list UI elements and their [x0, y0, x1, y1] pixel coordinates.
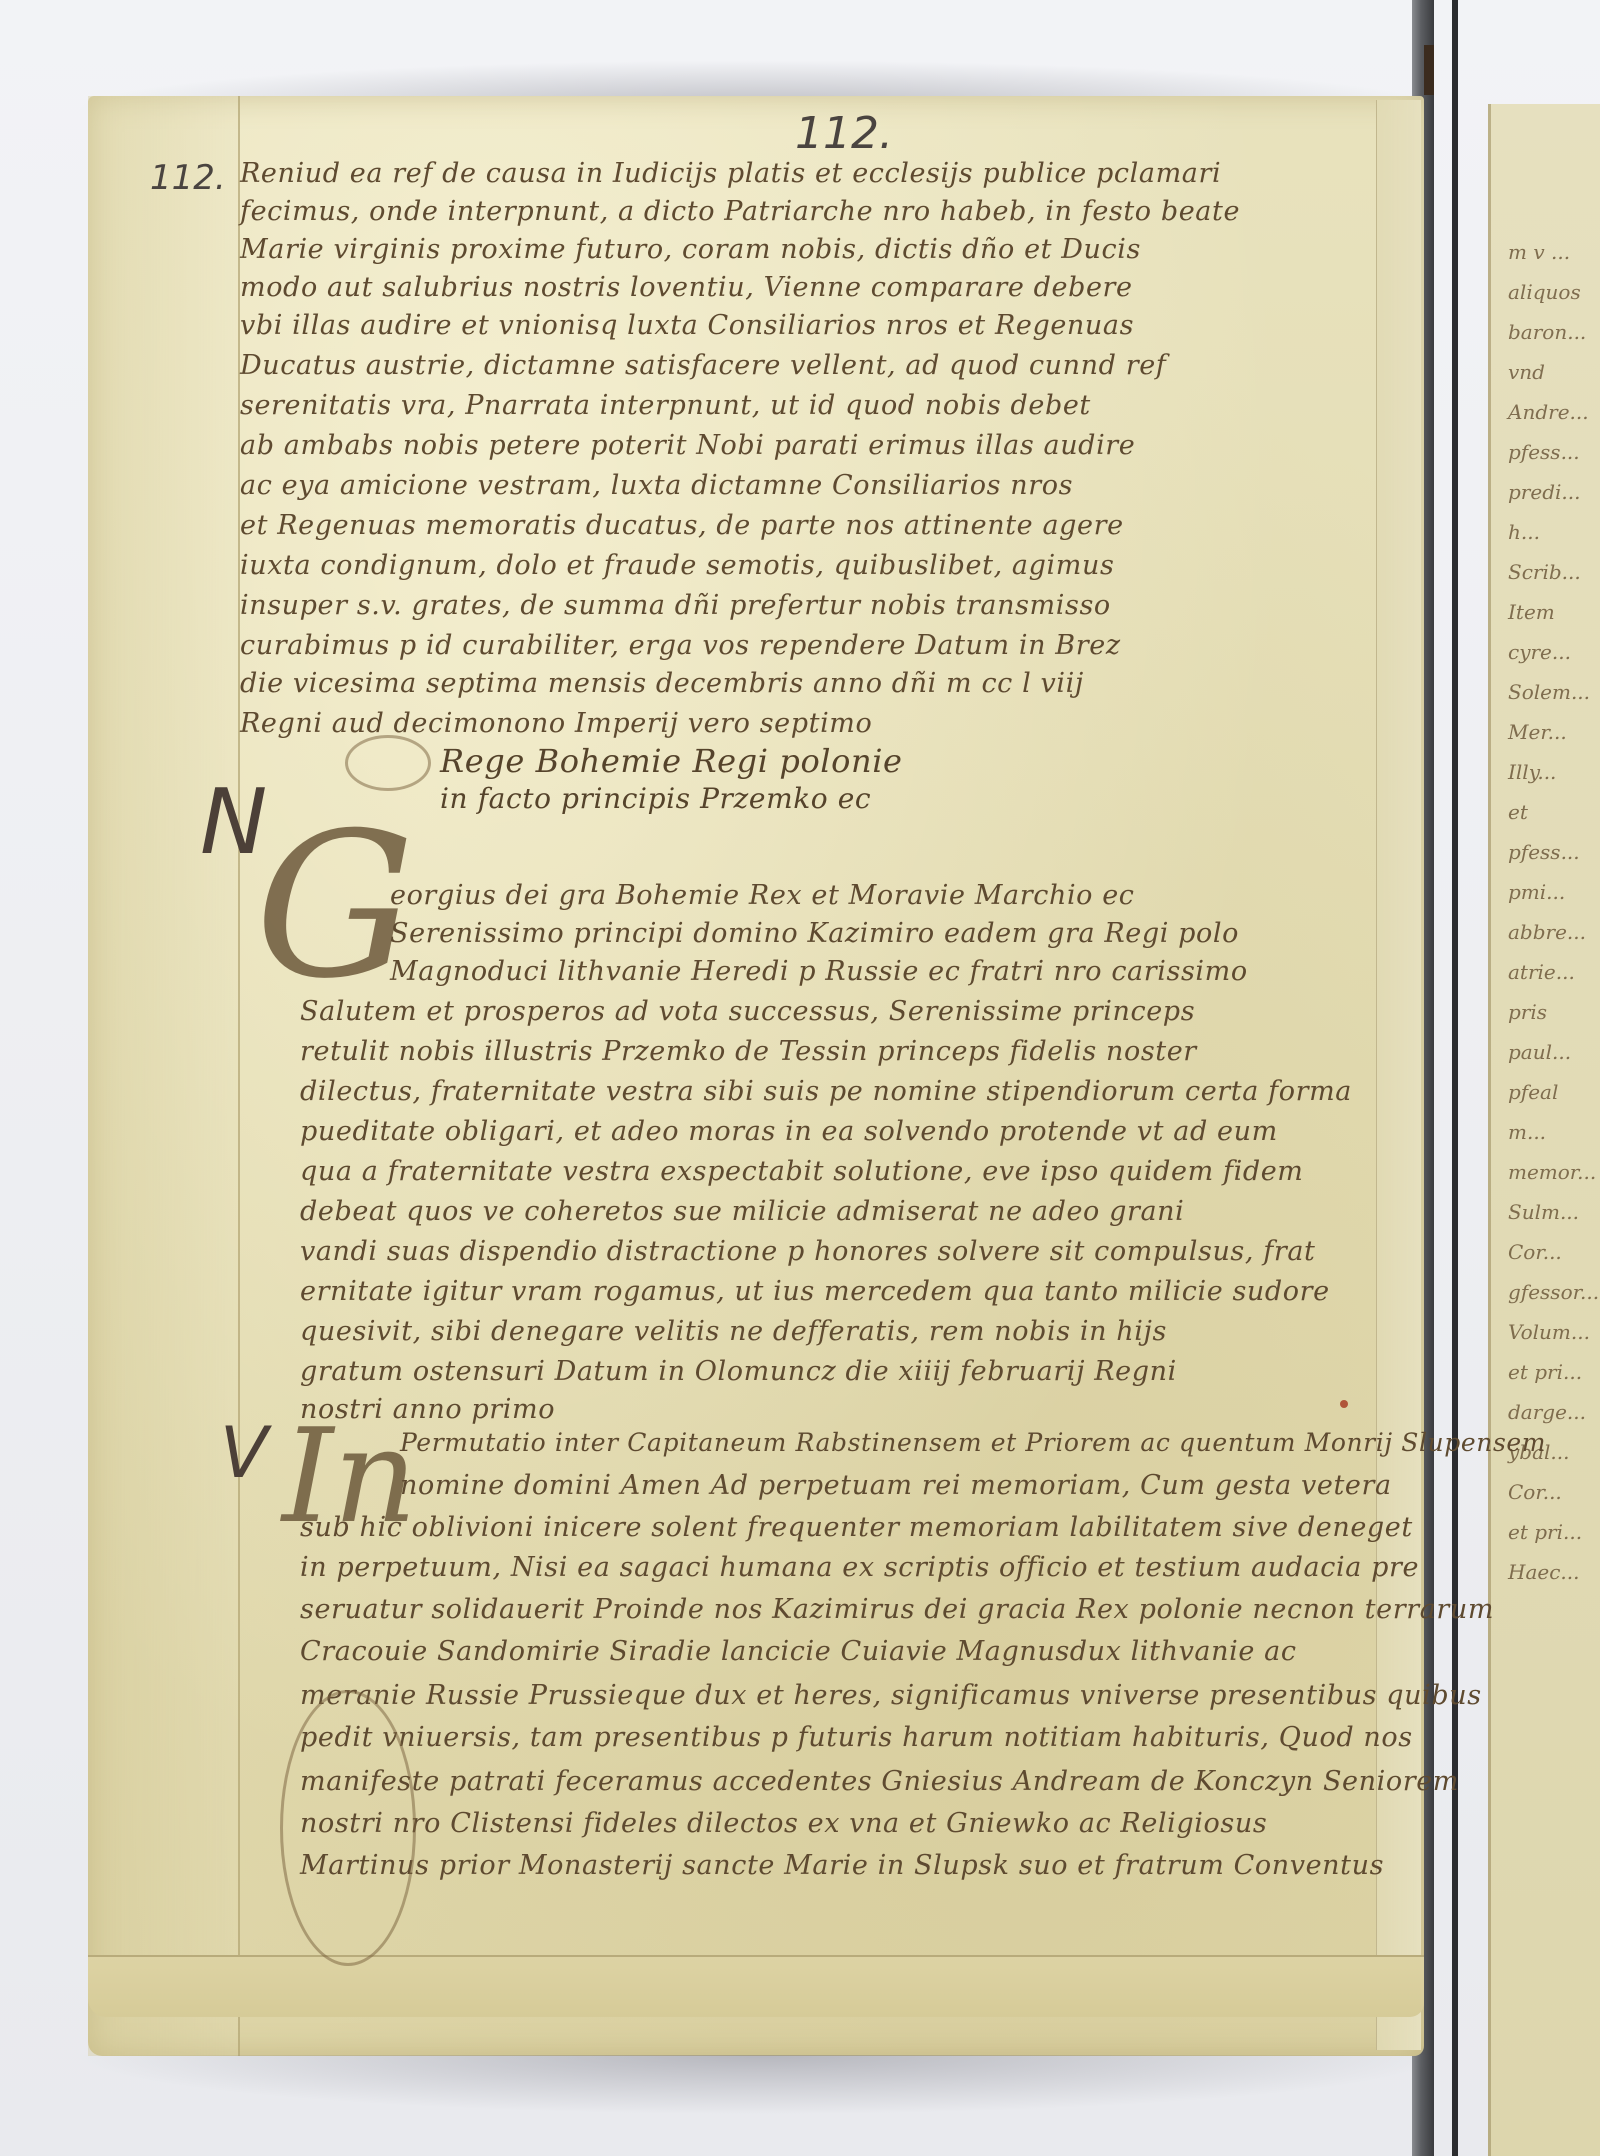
- text-line: die vicesima septima mensis decembris an…: [240, 668, 1084, 699]
- text-line: quesivit, sibi denegare velitis ne deffe…: [300, 1316, 1167, 1347]
- adjacent-page-line: pmi...: [1508, 880, 1565, 900]
- text-line: ab ambabs nobis petere poterit Nobi para…: [240, 430, 1135, 461]
- flourish-loop: [280, 1690, 416, 1966]
- adjacent-page-line: memor...: [1508, 1160, 1596, 1180]
- flourish: [345, 735, 431, 791]
- text-line: seruatur solidauerit Proinde nos Kazimir…: [300, 1594, 1494, 1625]
- text-line: retulit nobis illustris Przemko de Tessi…: [300, 1036, 1197, 1067]
- text-line: fecimus, onde interpnunt, a dicto Patria…: [240, 196, 1240, 227]
- text-line: eorgius dei gra Bohemie Rex et Moravie M…: [390, 880, 1135, 911]
- text-line: ernitate igitur vram rogamus, ut ius mer…: [300, 1276, 1330, 1307]
- text-line: iuxta condignum, dolo et fraude semotis,…: [240, 550, 1114, 581]
- text-line: Salutem et prosperos ad vota successus, …: [300, 996, 1195, 1027]
- text-line: Cracouie Sandomirie Siradie lancicie Cui…: [300, 1636, 1297, 1667]
- adjacent-page-line: aliquos: [1508, 280, 1581, 300]
- adjacent-page-line: pfess...: [1508, 840, 1580, 860]
- text-line: manifeste patrati feceramus accedentes G…: [300, 1766, 1459, 1797]
- adjacent-page-line: m v ...: [1508, 240, 1570, 260]
- adjacent-page-line: Haec...: [1508, 1560, 1579, 1580]
- text-line: vbi illas audire et vnionisq luxta Consi…: [240, 310, 1134, 341]
- adjacent-page-line: pfess...: [1508, 440, 1580, 460]
- adjacent-page-line: Cor...: [1508, 1240, 1562, 1260]
- margin-mark-V: V: [220, 1412, 268, 1494]
- adjacent-page-line: predi...: [1508, 480, 1580, 500]
- page-guard-strip: [88, 96, 240, 2056]
- adjacent-page-line: Scrib...: [1508, 560, 1581, 580]
- binding-leather-tab: [1424, 45, 1434, 95]
- adjacent-page-line: Cor...: [1508, 1480, 1562, 1500]
- adjacent-page-line: cyre...: [1508, 640, 1571, 660]
- adjacent-page-line: h...: [1508, 520, 1540, 540]
- adjacent-page-line: Sulm...: [1508, 1200, 1579, 1220]
- text-line: Marie virginis proxime futuro, coram nob…: [240, 234, 1141, 265]
- text-line: Regni aud decimonono Imperij vero septim…: [240, 708, 872, 739]
- page-shadow-bottom: [70, 2055, 1450, 2115]
- text-line: in perpetuum, Nisi ea sagaci humana ex s…: [300, 1552, 1419, 1583]
- text-line: nostri nro Clistensi fideles dilectos ex…: [300, 1808, 1267, 1839]
- text-line: serenitatis vra, Pnarrata interpnunt, ut…: [240, 390, 1091, 421]
- red-ink-spot: [1340, 1400, 1348, 1408]
- adjacent-page-line: darge...: [1508, 1400, 1586, 1420]
- adjacent-page-line: abbre...: [1508, 920, 1586, 940]
- book-spine-edge: [1452, 0, 1458, 2156]
- text-line: meranie Russie Prussieque dux et heres, …: [300, 1680, 1482, 1711]
- deed-title-line: Permutatio inter Capitaneum Rabstinensem…: [400, 1428, 1546, 1457]
- adjacent-page-line: pris: [1508, 1000, 1547, 1020]
- text-line: pueditate obligari, et adeo moras in ea …: [300, 1116, 1278, 1147]
- folio-number-margin: 112.: [150, 158, 226, 198]
- text-line: debeat quos ve coheretos sue milicie adm…: [300, 1196, 1184, 1227]
- adjacent-page-line: Volum...: [1508, 1320, 1590, 1340]
- text-line: Reniud ea ref de causa in Iudicijs plati…: [240, 158, 1221, 189]
- page-bottom-guard: [88, 1955, 1424, 2017]
- adjacent-page-line: vnd: [1508, 360, 1545, 380]
- adjacent-page-line: Andre...: [1508, 400, 1589, 420]
- text-line: ac eya amicione vestram, luxta dictamne …: [240, 470, 1073, 501]
- adjacent-page-line: et pri...: [1508, 1360, 1582, 1380]
- text-line: Ducatus austrie, dictamne satisfacere ve…: [240, 350, 1166, 381]
- text-line: sub hic oblivioni inicere solent frequen…: [300, 1512, 1413, 1543]
- text-line: qua a fraternitate vestra exspectabit so…: [300, 1156, 1303, 1187]
- text-line: modo aut salubrius nostris loventiu, Vie…: [240, 272, 1133, 303]
- adjacent-page-line: m...: [1508, 1120, 1546, 1140]
- adjacent-page-line: gfessor...: [1508, 1280, 1599, 1300]
- text-line: Serenissimo principi domino Kazimiro ead…: [390, 918, 1239, 949]
- text-line: vandi suas dispendio distractione p hono…: [300, 1236, 1316, 1267]
- page-right-edge: [1376, 100, 1421, 2050]
- adjacent-page-line: pfeal: [1508, 1080, 1558, 1100]
- text-line: insuper s.v. grates, de summa dñi prefer…: [240, 590, 1111, 621]
- text-line: gratum ostensuri Datum in Olomuncz die x…: [300, 1356, 1177, 1387]
- text-line: pedit vniuersis, tam presentibus p futur…: [300, 1722, 1413, 1753]
- adjacent-page-line: et: [1508, 800, 1528, 820]
- letter-heading: Rege Bohemie Regi polonie: [440, 742, 903, 780]
- adjacent-page-line: paul...: [1508, 1040, 1571, 1060]
- folio-number-top: 112.: [795, 108, 893, 159]
- adjacent-page-line: Mer...: [1508, 720, 1567, 740]
- text-line: nomine domini Amen Ad perpetuam rei memo…: [400, 1470, 1392, 1501]
- text-line: Martinus prior Monasterij sancte Marie i…: [300, 1850, 1384, 1881]
- text-line: curabimus p id curabiliter, erga vos rep…: [240, 630, 1121, 661]
- adjacent-page-line: baron...: [1508, 320, 1586, 340]
- text-line: et Regenuas memoratis ducatus, de parte …: [240, 510, 1124, 541]
- text-line: Magnoduci lithvanie Heredi p Russie ec f…: [390, 956, 1248, 987]
- adjacent-page-line: Illy...: [1508, 760, 1556, 780]
- letter-subheading: in facto principis Przemko ec: [440, 782, 871, 815]
- adjacent-page-line: Item: [1508, 600, 1555, 620]
- adjacent-page-line: atrie...: [1508, 960, 1575, 980]
- adjacent-page-line: Solem...: [1508, 680, 1590, 700]
- adjacent-page-line: et pri...: [1508, 1520, 1582, 1540]
- text-line: dilectus, fraternitate vestra sibi suis …: [300, 1076, 1352, 1107]
